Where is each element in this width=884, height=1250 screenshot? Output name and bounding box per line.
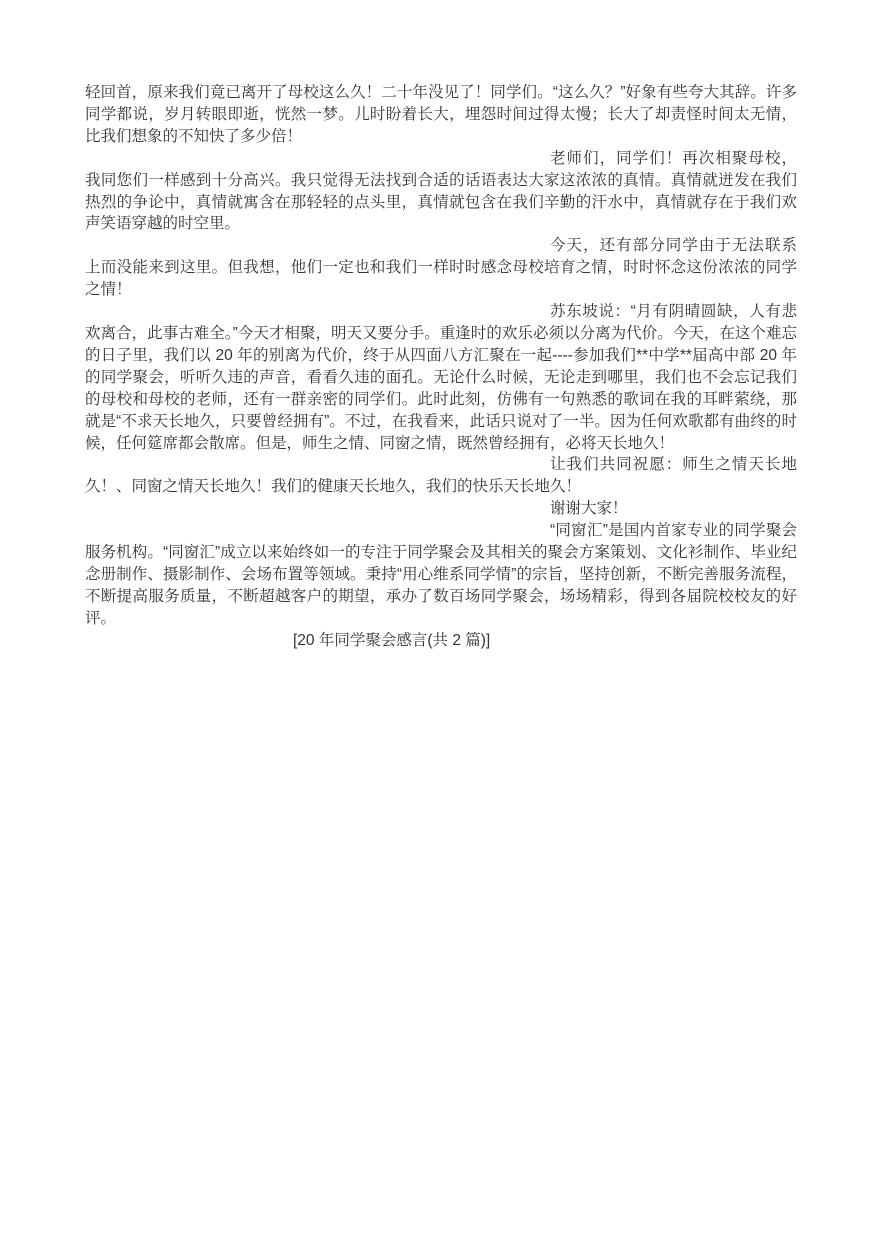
- paragraph-intro: 轻回首，原来我们竟已离开了母校这么久！二十年没见了！同学们。“这么久？”好象有些…: [85, 82, 797, 148]
- paragraph-thanks: 谢谢大家！: [85, 498, 797, 520]
- document-content: 轻回首，原来我们竟已离开了母校这么久！二十年没见了！同学们。“这么久？”好象有些…: [85, 82, 797, 652]
- paragraph-absent-classmates: 今天，还有部分同学由于无法联系上而没能来到这里。但我想，他们一定也和我们一样时时…: [85, 235, 797, 301]
- paragraph-sudongpo-quote: 苏东坡说：“月有阴晴圆缺，人有悲欢离合，此事古难全。”今天才相聚，明天又要分手。…: [85, 301, 797, 454]
- document-page: 轻回首，原来我们竟已离开了母校这么久！二十年没见了！同学们。“这么久？”好象有些…: [0, 0, 884, 1250]
- paragraph-tongchuanghui-intro: “同窗汇”是国内首家专业的同学聚会服务机构。“同窗汇”成立以来始终如一的专注于同…: [85, 520, 797, 630]
- document-footer-title: [20 年同学聚会感言(共 2 篇)]: [85, 630, 797, 652]
- paragraph-greeting: 老师们，同学们！再次相聚母校，我同您们一样感到十分高兴。我只觉得无法找到合适的话…: [85, 148, 797, 236]
- paragraph-wishes: 让我们共同祝愿：师生之情天长地久！、同窗之情天长地久！我们的健康天长地久，我们的…: [85, 454, 797, 498]
